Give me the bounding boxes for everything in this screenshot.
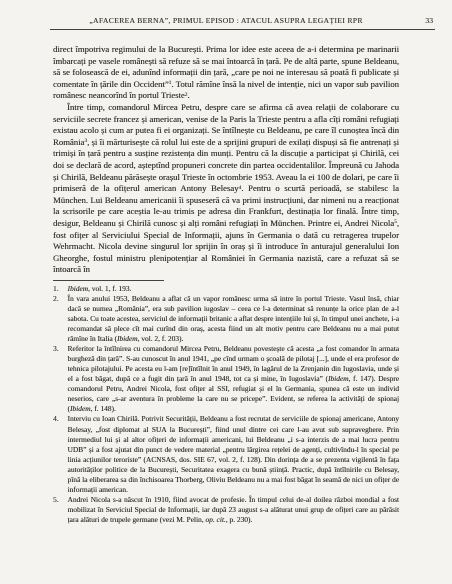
paragraph: direct împotriva regimului de la Bucureș… [53, 44, 399, 102]
text-segment: op. cit. [205, 515, 225, 524]
text-segment: Ibidem [70, 404, 91, 413]
page-content: direct împotriva regimului de la Bucureș… [53, 44, 399, 525]
page-header: „AFACEREA BERNA”, PRIMUL EPISOD : ATACUL… [50, 16, 435, 28]
footnote-number: 3. [53, 344, 68, 354]
footnote-separator [53, 280, 164, 281]
footnote-item: 4.Interviu cu Ioan Chirilă. Potrivit Sec… [53, 414, 399, 494]
footnote-item: 1.Ibidem, vol. 1, f. 193. [53, 284, 399, 294]
page-number: 33 [425, 16, 433, 25]
footnote-ref: 1 [169, 80, 172, 86]
text-segment: , vol. 1, f. 193. [88, 284, 131, 293]
header-rule [50, 29, 435, 30]
footnote-list: 1.Ibidem, vol. 1, f. 193.2.În vara anulu… [53, 284, 399, 525]
text-segment: , f. 148). [91, 404, 116, 413]
book-page: „AFACEREA BERNA”, PRIMUL EPISOD : ATACUL… [0, 0, 452, 584]
footnote-number: 2. [53, 294, 68, 304]
footnote-number: 5. [53, 495, 68, 505]
body-text: direct împotriva regimului de la Bucureș… [53, 44, 399, 276]
text-segment: , p. 230). [226, 515, 252, 524]
footnote-item: 2.În vara anului 1953, Beldeanu a aflat … [53, 294, 399, 344]
footnote-ref: 3 [84, 138, 87, 144]
paragraph: Între timp, comandorul Mircea Petru, des… [53, 102, 399, 276]
text-segment: Ibidem [328, 374, 349, 383]
text-segment: Interviu cu Ioan Chirilă. Potrivit Secur… [68, 414, 400, 493]
footnote-ref: 4 [239, 185, 242, 191]
running-head: „AFACEREA BERNA”, PRIMUL EPISOD : ATACUL… [50, 16, 402, 25]
footnote-number: 4. [53, 414, 68, 424]
text-segment: , vol. 2, f. 203). [138, 334, 184, 343]
footnote-item: 3.Referitor la întîlnirea cu comandorul … [53, 344, 399, 414]
text-segment: Ibidem [117, 334, 138, 343]
footnote-item: 5.Andrei Nicola s-a născut în 1910, fiin… [53, 495, 399, 525]
footnote-ref: 5 [394, 219, 397, 225]
text-segment: Ibidem [68, 284, 89, 293]
footnote-number: 1. [53, 284, 68, 294]
text-segment: . [187, 90, 189, 100]
